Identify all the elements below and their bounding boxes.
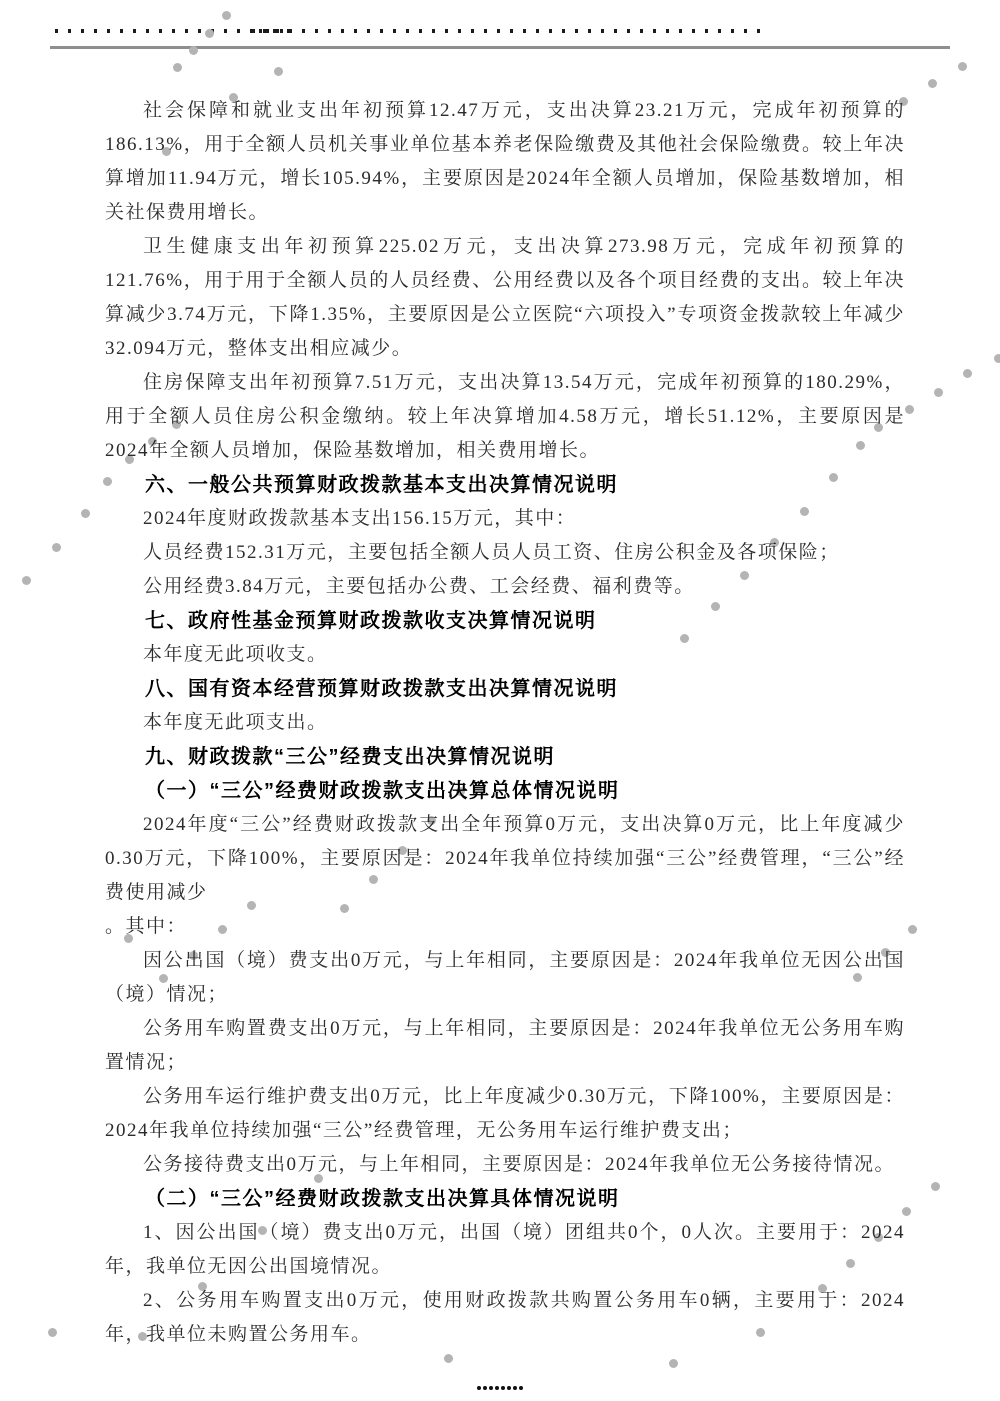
decorative-dot: [222, 11, 231, 20]
paragraph: 1、因公出国（境）费支出0万元，出国（境）团组共0个，0人次。主要用于：2024…: [105, 1216, 905, 1284]
decorative-dot: [444, 1354, 453, 1363]
decorative-dot: [173, 63, 182, 72]
footer-dot: [501, 1386, 505, 1390]
top-dotted-line-cluster: [252, 29, 290, 33]
decorative-dot: [81, 509, 90, 518]
paragraph: 2、公务用车购置支出0万元，使用财政拨款共购置公务用车0辆，主要用于：2024年…: [105, 1284, 905, 1352]
section-heading: （一）“三公”经费财政拨款支出决算总体情况说明: [105, 774, 905, 808]
paragraph: 2024年度“三公”经费财政拨款支出全年预算0万元，支出决算0万元，比上年度减少…: [105, 808, 905, 910]
decorative-dot: [928, 79, 937, 88]
paragraph: 公用经费3.84万元，主要包括办公费、工会经费、福利费等。: [105, 570, 905, 604]
paragraph: 本年度无此项支出。: [105, 706, 905, 740]
decorative-dot: [52, 543, 61, 552]
decorative-dot: [48, 1328, 57, 1337]
decorative-dot: [958, 62, 967, 71]
decorative-dot: [905, 405, 914, 414]
paragraph: 本年度无此项收支。: [105, 638, 905, 672]
paragraph: 公务用车购置费支出0万元，与上年相同，主要原因是：2024年我单位无公务用车购置…: [105, 1012, 905, 1080]
decorative-dot: [908, 925, 917, 934]
decorative-dot: [274, 67, 283, 76]
footer-dot: [477, 1386, 481, 1390]
footer-dot: [483, 1386, 487, 1390]
section-heading: 九、财政拨款“三公”经费支出决算情况说明: [105, 740, 905, 774]
document-body: 社会保障和就业支出年初预算12.47万元，支出决算23.21万元，完成年初预算的…: [105, 94, 905, 1352]
decorative-dot: [963, 369, 972, 378]
top-dotted-line: [55, 29, 770, 33]
paragraph: 公务接待费支出0万元，与上年相同，主要原因是：2024年我单位无公务接待情况。: [105, 1148, 905, 1182]
footer-dot: [507, 1386, 511, 1390]
footer-dot: [495, 1386, 499, 1390]
decorative-dot: [994, 354, 1000, 363]
paragraph: 2024年度财政拨款基本支出156.15万元，其中：: [105, 502, 905, 536]
paragraph: 公务用车运行维护费支出0万元，比上年度减少0.30万元，下降100%，主要原因是…: [105, 1080, 905, 1148]
footer-continuation-dots: [0, 1386, 1000, 1390]
footer-dot: [513, 1386, 517, 1390]
section-heading: 七、政府性基金预算财政拨款收支决算情况说明: [105, 604, 905, 638]
document-page: 社会保障和就业支出年初预算12.47万元，支出决算23.21万元，完成年初预算的…: [0, 0, 1000, 1401]
section-heading: （二）“三公”经费财政拨款支出决算具体情况说明: [105, 1182, 905, 1216]
section-heading: 八、国有资本经营预算财政拨款支出决算情况说明: [105, 672, 905, 706]
decorative-dot: [934, 388, 943, 397]
footer-dot: [519, 1386, 523, 1390]
decorative-dot: [669, 1359, 678, 1368]
paragraph: 住房保障支出年初预算7.51万元，支出决算13.54万元，完成年初预算的180.…: [105, 366, 905, 468]
paragraph: 卫生健康支出年初预算225.02万元，支出决算273.98万元，完成年初预算的1…: [105, 230, 905, 366]
paragraph: 社会保障和就业支出年初预算12.47万元，支出决算23.21万元，完成年初预算的…: [105, 94, 905, 230]
decorative-dot: [931, 1182, 940, 1191]
footer-dot: [489, 1386, 493, 1390]
decorative-dot: [22, 576, 31, 585]
paragraph: 因公出国（境）费支出0万元，与上年相同，主要原因是：2024年我单位无因公出国（…: [105, 944, 905, 1012]
section-heading: 六、一般公共预算财政拨款基本支出决算情况说明: [105, 468, 905, 502]
header-rule: [50, 46, 950, 49]
paragraph: 人员经费152.31万元，主要包括全额人员人员工资、住房公积金及各项保险；: [105, 536, 905, 570]
paragraph: 。其中：: [105, 910, 905, 944]
